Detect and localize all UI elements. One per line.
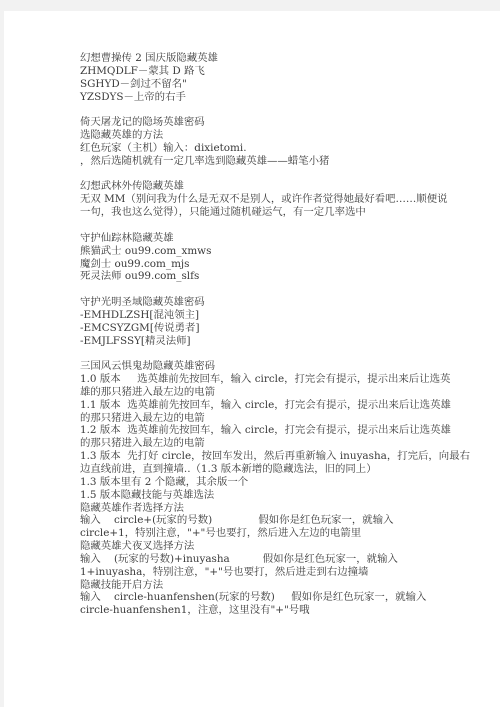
text-line: 1.2 版本 选英雄前先按回车，输入 circle，打完会有提示，提示出来后让选…: [80, 424, 480, 437]
text-line: 的那只猪进入最左边的电箭: [80, 437, 480, 450]
text-line: ，然后选随机就有一定几率选到隐藏英雄——蜡笔小猪: [80, 155, 480, 168]
section-title: 守护仙踪林隐藏英雄: [80, 232, 480, 245]
text-line: 1+inuyasha，特别注意，"+"号也要打，然后进走到右边撞墙: [80, 566, 480, 579]
section-title: 幻想武林外传隐藏英雄: [80, 180, 480, 193]
text-line: 无双 MM（别问我为什么是无双不是别人，或许作者觉得她最好看吧……顺便说: [80, 193, 480, 206]
text-line: 一句，我也这么觉得），只能通过随机碰运气，有一定几率选中: [80, 206, 480, 219]
text-line: 红色玩家（主机）输入：dixietomi.: [80, 142, 480, 155]
cheat-code-line: 魔剑士 ou99.com_mjs: [80, 258, 480, 271]
cheat-code-line: -EMHDLZSH[混沌领主]: [80, 309, 480, 322]
section-gap: [80, 103, 480, 116]
section-title: 三国风云惧鬼劫隐藏英雄密码: [80, 360, 480, 373]
text-line: 1.1 版本 选英雄前先按回车，输入 circle，打完会有提示，提示出来后让选…: [80, 399, 480, 412]
cheat-code-line: YZSDYS－上帝的右手: [80, 91, 480, 104]
section-gap: [80, 283, 480, 296]
section-title: 幻想曹操传 2 国庆版隐藏英雄: [80, 52, 480, 65]
section-gap: [80, 347, 480, 360]
text-line: 1.0 版本 选英雄前先按回车，输入 circle，打完会有提示，提示出来后让选…: [80, 373, 480, 386]
section-title: 倚天屠龙记的隐场英雄密码: [80, 116, 480, 129]
cheat-code-line: ZHMQDLF－蒙其 D 路飞: [80, 65, 480, 78]
text-line: 输入 circle+(玩家的号数) 假如你是红色玩家一，就输入: [80, 514, 480, 527]
section-gap: [80, 219, 480, 232]
cheat-code-line: -EMCSYZGM[传说勇者]: [80, 322, 480, 335]
section-title: 守护光明圣域隐藏英雄密码: [80, 296, 480, 309]
cheat-code-line: 死灵法师 ou99.com_slfs: [80, 270, 480, 283]
text-line: 1.3 版本 先打好 circle，按回车发出，然后再重新输入 inuyasha…: [80, 450, 480, 463]
text-line: circle+1，特别注意，"+"号也要打，然后进入左边的电箭里: [80, 527, 480, 540]
cheat-code-line: SGHYD－剑过不留名": [80, 78, 480, 91]
text-line: 1.3 版本里有 2 个隐藏，其余版一个: [80, 476, 480, 489]
text-line: 边直线前进，直到撞墙..（1.3 版本新增的隐藏选法，旧的同上）: [80, 463, 480, 476]
text-line: 选隐藏英雄的方法: [80, 129, 480, 142]
document-page: 幻想曹操传 2 国庆版隐藏英雄 ZHMQDLF－蒙其 D 路飞 SGHYD－剑过…: [4, 11, 500, 707]
cheat-code-line: -EMJLFSSY[精灵法师]: [80, 335, 480, 348]
text-line: circle-huanfenshen1，注意，这里没有"+"号哦: [80, 604, 480, 617]
text-line: 雄的那只猪进入最左边的电箭: [80, 386, 480, 399]
subheading: 隐藏英雄作者选择方法: [80, 502, 480, 515]
text-line: 输入 (玩家的号数)+inuyasha 假如你是红色玩家一，就输入: [80, 553, 480, 566]
subheading: 隐藏技能开启方法: [80, 579, 480, 592]
subheading: 1.5 版本隐藏技能与英雄选法: [80, 489, 480, 502]
text-line: 输入 circle-huanfenshen(玩家的号数) 假如你是红色玩家一，就…: [80, 591, 480, 604]
document-body: 幻想曹操传 2 国庆版隐藏英雄 ZHMQDLF－蒙其 D 路飞 SGHYD－剑过…: [80, 52, 480, 617]
cheat-code-line: 熊猫武士 ou99.com_xmws: [80, 245, 480, 258]
subheading: 隐藏英雄犬夜叉选择方法: [80, 540, 480, 553]
text-line: 的那只猪进入最左边的电箭: [80, 412, 480, 425]
section-gap: [80, 168, 480, 181]
